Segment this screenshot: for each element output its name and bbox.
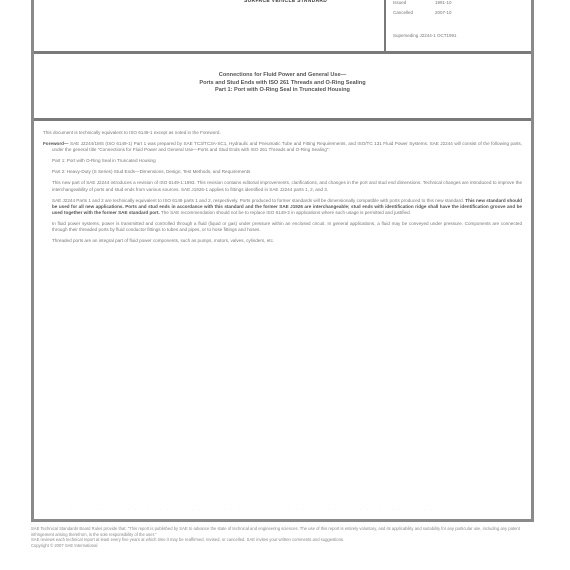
document-frame: SURFACE VEHICLE STANDARD Issued 1991-10 …	[31, 0, 534, 522]
document-title-box: Connections for Fluid Power and General …	[34, 54, 531, 121]
doc-type-label: SURFACE VEHICLE STANDARD	[244, 0, 327, 4]
meta-issued: Issued 1991-10	[393, 0, 452, 5]
document-footer: SAE Technical Standards Board Rules prov…	[31, 526, 539, 548]
part-1-item: Part 1: Port with O-Ring Seal in Truncat…	[43, 158, 522, 164]
equivalence-paragraph: SAE J2244 Parts 1 and 2 are technically …	[43, 198, 522, 216]
document-body: This document is technically equivalent …	[43, 130, 522, 249]
supersedes-note: Superseding J2244-1 OCT1991	[393, 33, 457, 38]
foreword-paragraph: Foreword— SAE J2244/1MS (ISO 6149-1) Par…	[43, 141, 522, 153]
part-2-item: Part 2: Heavy-Duty (S Series) Stud Ends—…	[43, 169, 522, 175]
footer-copyright: Copyright © 2007 SAE International	[31, 543, 539, 549]
header-meta-cell: Issued 1991-10 Cancelled 2007-10 Superse…	[389, 0, 531, 51]
threaded-ports-paragraph: Threaded ports are an integral part of f…	[43, 238, 522, 244]
document-header: SURFACE VEHICLE STANDARD Issued 1991-10 …	[34, 0, 531, 54]
header-left-cell: SURFACE VEHICLE STANDARD	[34, 0, 386, 51]
revision-paragraph: This new part of SAE J2244 introduces a …	[43, 180, 522, 192]
faint-artifact-line: · · · · · · · · · · · · · · · · · · · · …	[70, 507, 495, 512]
document-title: Connections for Fluid Power and General …	[34, 72, 531, 95]
intro-text: This document is technically equivalent …	[43, 130, 522, 136]
fluid-systems-paragraph: In fluid power systems, power is transmi…	[43, 221, 522, 233]
meta-cancelled: Cancelled 2007-10	[393, 10, 452, 15]
footer-rules: SAE Technical Standards Board Rules prov…	[31, 526, 539, 537]
